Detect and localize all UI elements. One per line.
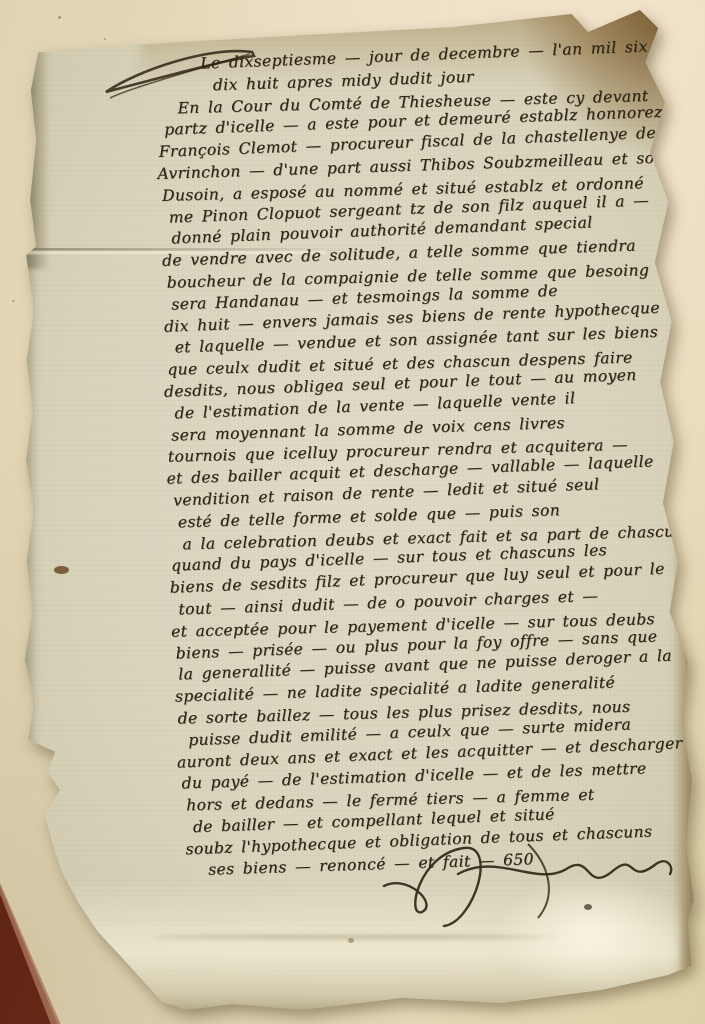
ink-stain (54, 566, 69, 574)
paper-wrapper: Le dixseptiesme — jour de decembre — l'a… (0, 0, 705, 1024)
left-edge-shadow-band (24, 44, 50, 269)
faint-spot (348, 938, 354, 943)
ink-speck (584, 904, 592, 910)
left-edge-shadow-band-lower (22, 269, 38, 769)
bottom-right-sheen (496, 873, 686, 993)
handwritten-text-block: Le dixseptiesme — jour de decembre — l'a… (154, 41, 682, 884)
manuscript-page: Le dixseptiesme — jour de decembre — l'a… (18, 6, 694, 1011)
photograph-of-manuscript: Le dixseptiesme — jour de decembre — l'a… (0, 0, 705, 1024)
